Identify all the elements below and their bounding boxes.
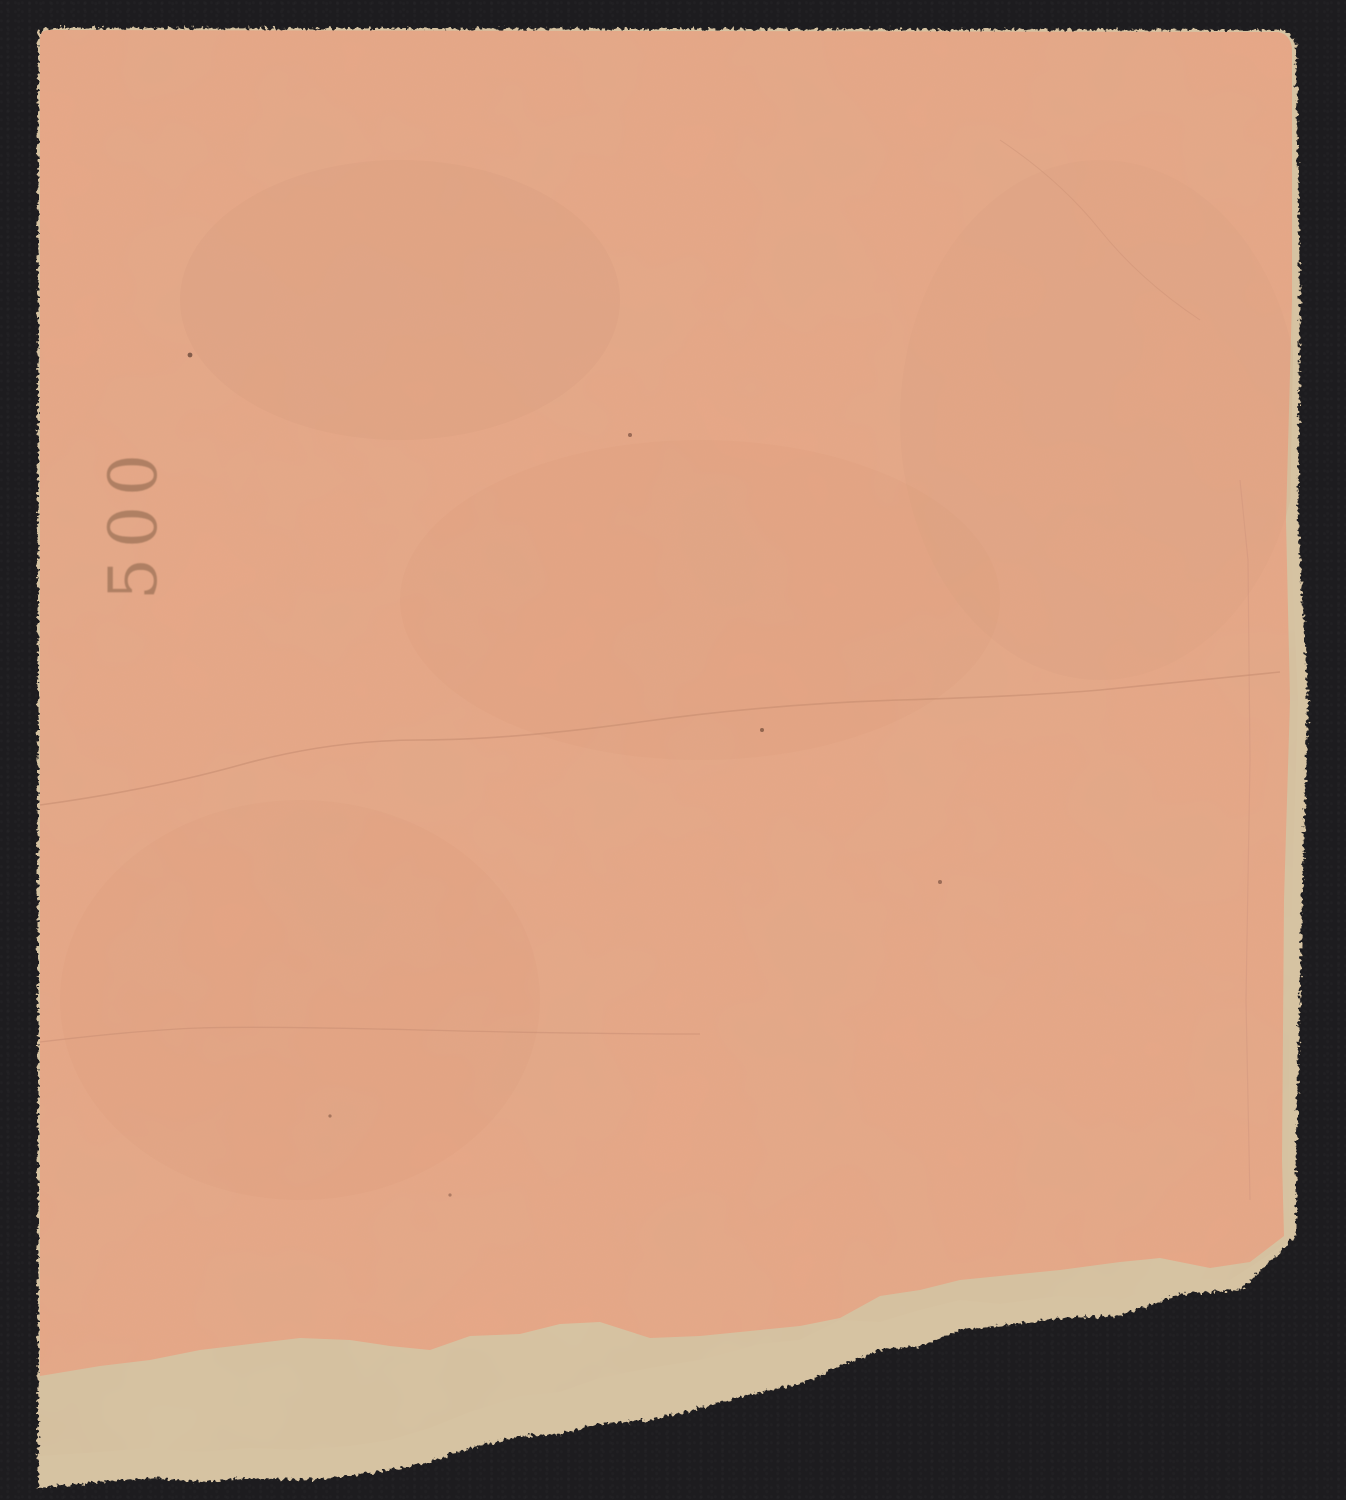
photo-stage: 500 [0,0,1346,1500]
pencil-notation: 500 [95,120,235,600]
